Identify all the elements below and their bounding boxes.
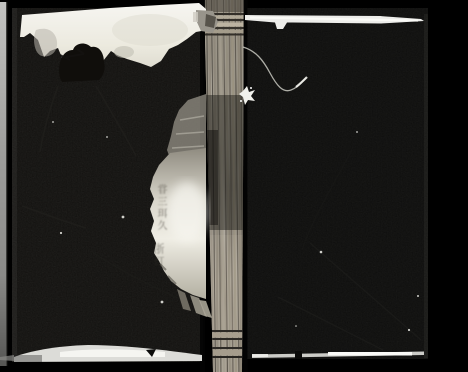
photo-canvas [0,0,468,372]
left-edge-strip [0,2,7,366]
right-cover [247,8,428,359]
spine-right-gap [244,0,248,372]
book-photograph: 甞三珥久 浙灯 [0,0,468,372]
